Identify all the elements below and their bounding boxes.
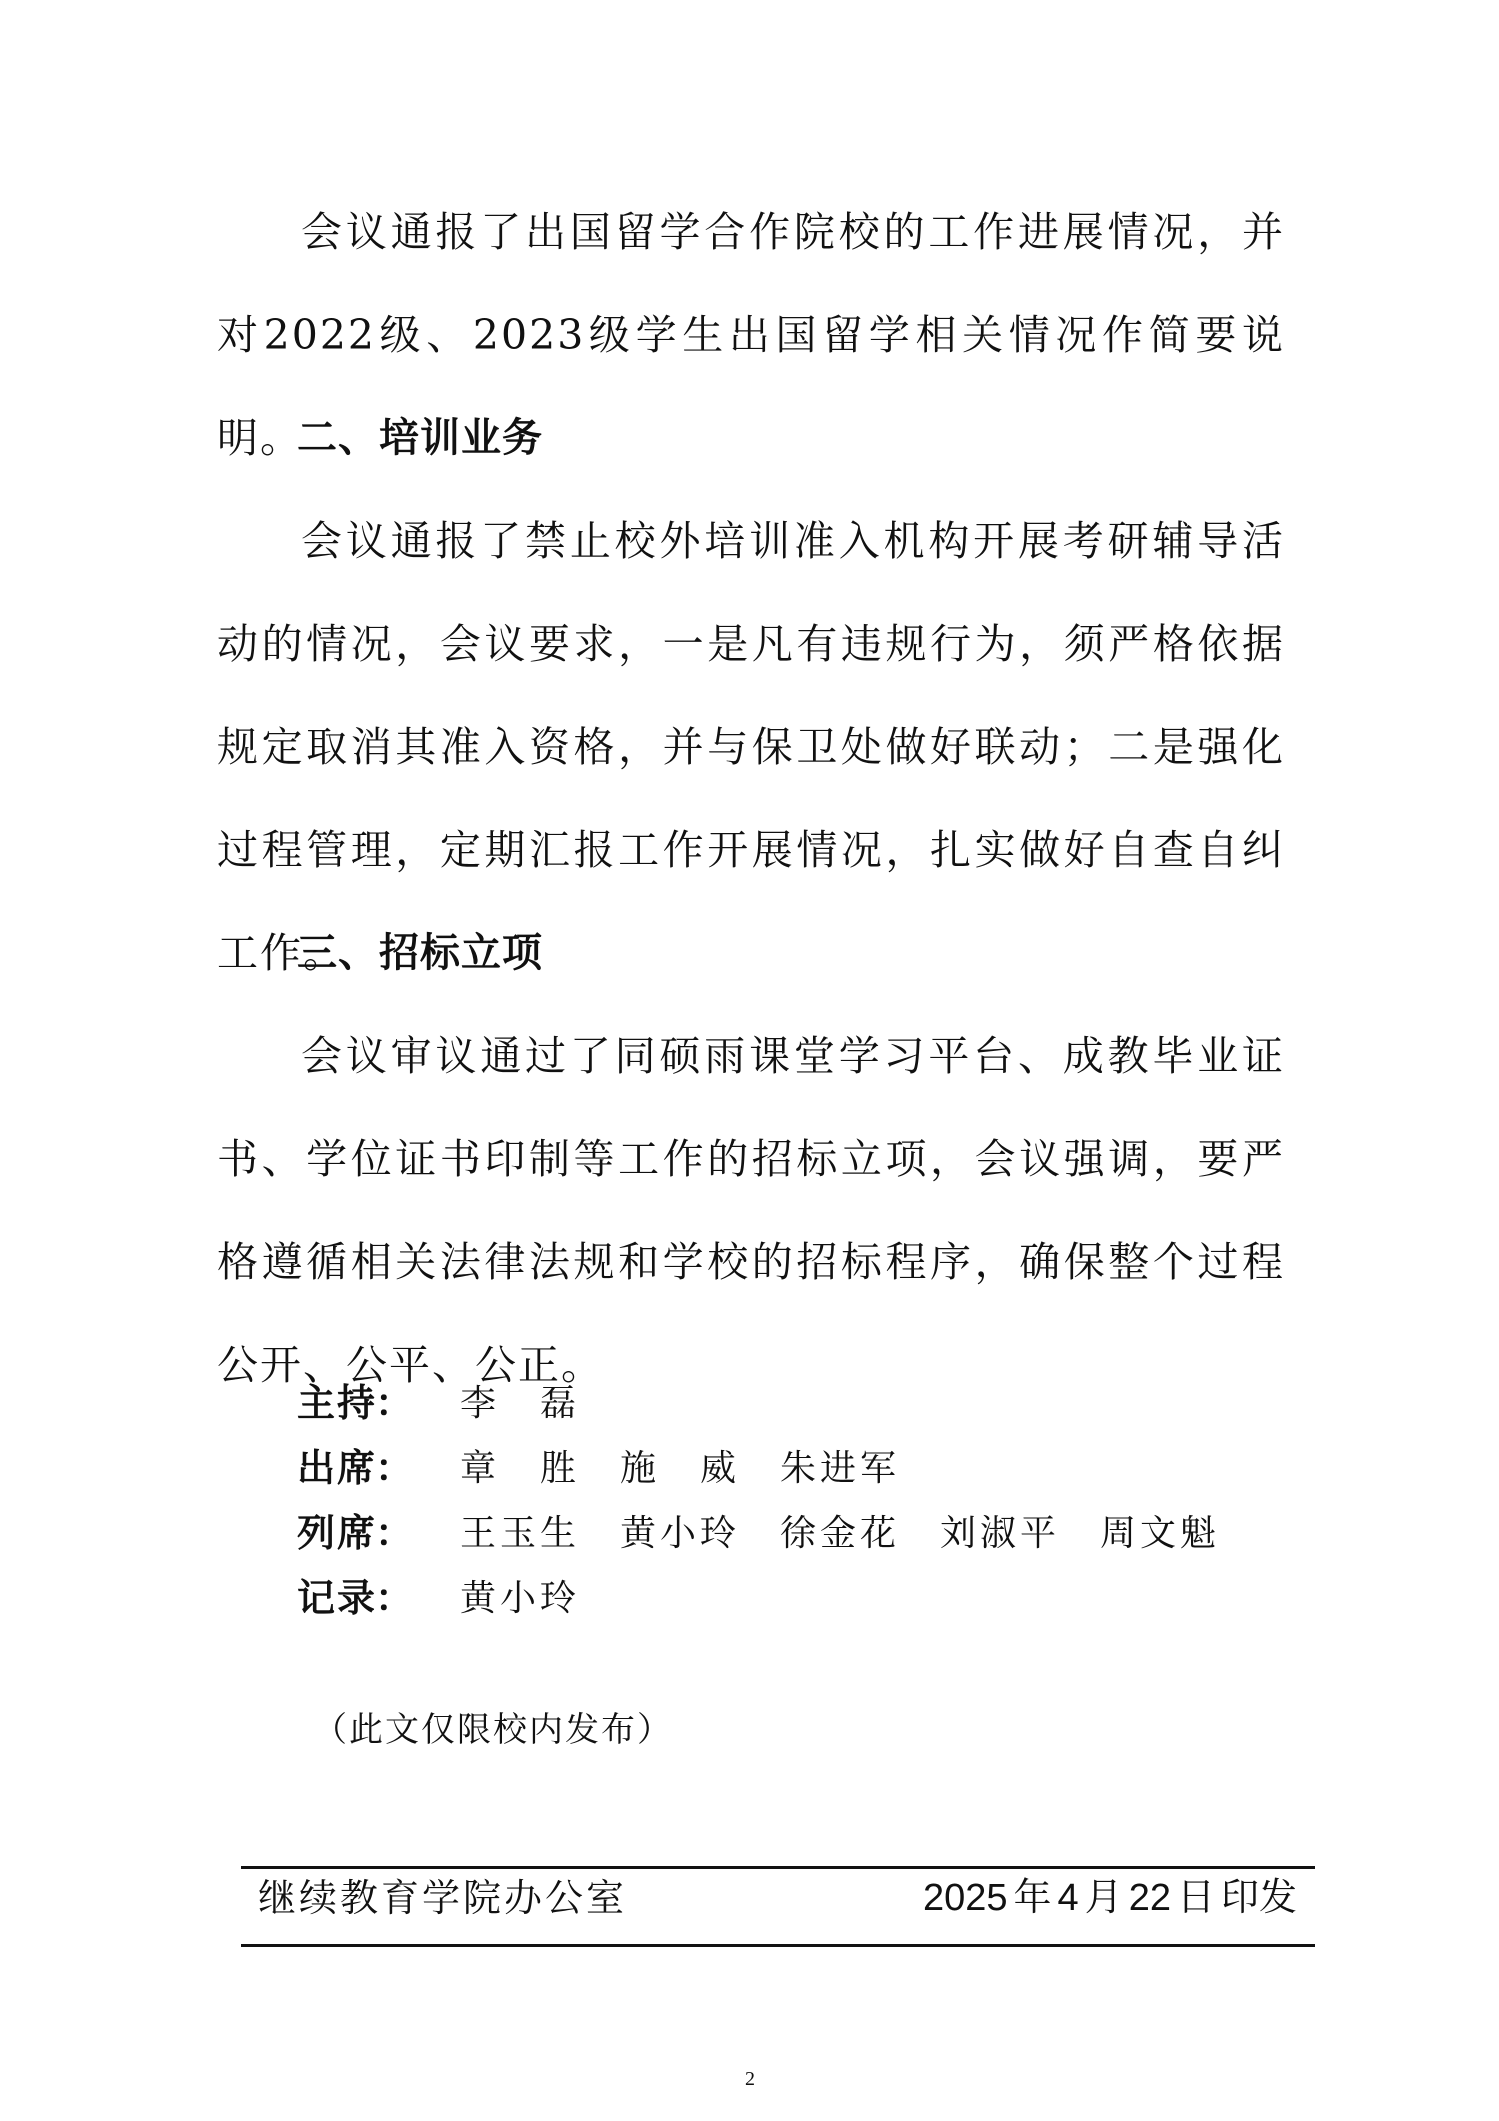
- attendee-names: 章胜 施威 朱进军: [460, 1436, 940, 1501]
- attendee-name: 朱进军: [780, 1436, 940, 1501]
- issuing-office: 继续教育学院办公室: [258, 1874, 627, 1922]
- date-day: 22: [1129, 1877, 1171, 1919]
- label-char: 席：: [337, 1501, 460, 1566]
- label-char: 席：: [337, 1436, 460, 1501]
- attendee-name: 周文魁: [1100, 1501, 1260, 1566]
- footer-bottom-rule: [241, 1944, 1315, 1947]
- attendee-name: 徐金花: [780, 1501, 940, 1566]
- attendee-label: 出 席：: [297, 1436, 460, 1501]
- label-char: 录：: [337, 1566, 460, 1631]
- date-day-unit: 日: [1177, 1877, 1215, 1919]
- label-char: 持：: [337, 1371, 460, 1436]
- attendee-names: 李磊: [460, 1371, 620, 1436]
- document-page: 会议通报了出国留学合作院校的工作进展情况，并对2022级、2023级学生出国留学…: [0, 0, 1499, 2121]
- attendee-names: 黄小玲: [460, 1566, 620, 1631]
- date-month-unit: 月: [1085, 1877, 1123, 1919]
- section-2-heading: 二、培训业务: [217, 387, 1285, 490]
- date-suffix: 印发: [1221, 1877, 1297, 1919]
- label-char: 记: [297, 1566, 337, 1631]
- label-char: 主: [297, 1371, 337, 1436]
- label-char: 列: [297, 1501, 337, 1566]
- attendee-label: 主 持：: [297, 1371, 460, 1436]
- attendee-list: 主 持： 李磊 出 席： 章胜 施威 朱进军 列 席： 王玉: [297, 1371, 1260, 1631]
- attendee-name: 刘淑平: [940, 1501, 1100, 1566]
- date-year-unit: 年: [1014, 1877, 1052, 1919]
- section-3-heading: 三、招标立项: [217, 902, 1285, 1005]
- label-char: 出: [297, 1436, 337, 1501]
- date-month: 4: [1058, 1877, 1079, 1919]
- attendee-name: 李磊: [460, 1371, 620, 1436]
- attendee-name: 黄小玲: [460, 1566, 620, 1631]
- attendee-name: 王玉生: [460, 1501, 620, 1566]
- footer-top-rule: [241, 1866, 1315, 1869]
- attendee-label: 列 席：: [297, 1501, 460, 1566]
- attendee-label: 记 录：: [297, 1566, 460, 1631]
- issue-date: 2025年4月22日印发: [917, 1874, 1297, 1922]
- attendee-names: 王玉生 黄小玲 徐金花 刘淑平 周文魁: [460, 1501, 1260, 1566]
- section-3: 三、招标立项 会议审议通过了同硕雨课堂学习平台、成教毕业证书、学位证书印制等工作…: [217, 902, 1285, 1417]
- attendee-row-present: 出 席： 章胜 施威 朱进军: [297, 1436, 1260, 1501]
- attendee-name: 黄小玲: [620, 1501, 780, 1566]
- attendee-row-attending: 列 席： 王玉生 黄小玲 徐金花 刘淑平 周文魁: [297, 1501, 1260, 1566]
- attendee-row-recorder: 记 录： 黄小玲: [297, 1566, 1260, 1631]
- attendee-name: 施威: [620, 1436, 780, 1501]
- distribution-notice: （此文仅限校内发布）: [313, 1706, 673, 1754]
- date-year: 2025: [923, 1877, 1008, 1919]
- page-number: 2: [740, 2068, 760, 2091]
- attendee-row-host: 主 持： 李磊: [297, 1371, 1260, 1436]
- section-3-paragraph: 会议审议通过了同硕雨课堂学习平台、成教毕业证书、学位证书印制等工作的招标立项，会…: [217, 1005, 1285, 1417]
- attendee-name: 章胜: [460, 1436, 620, 1501]
